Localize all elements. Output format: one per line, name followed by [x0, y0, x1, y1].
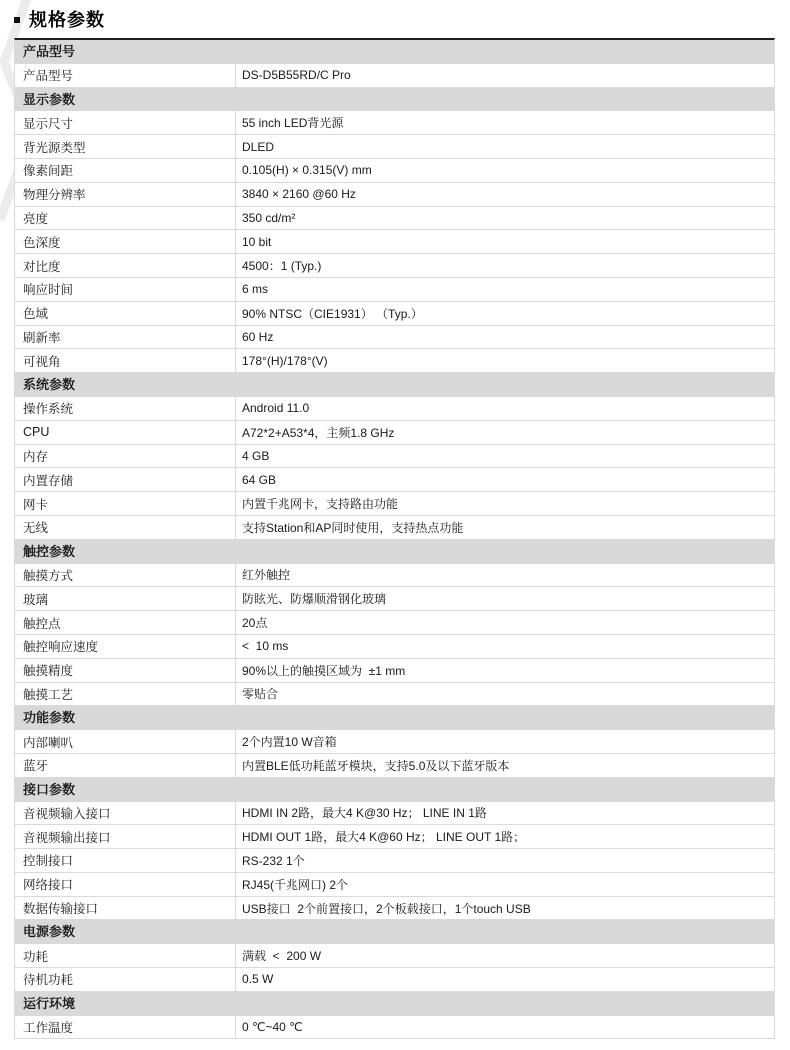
table-row: 背光源类型DLED	[15, 135, 774, 159]
row-value: 60 Hz	[236, 326, 774, 349]
row-label: 数据传输接口	[15, 897, 236, 920]
table-row: 网络接口RJ45(千兆网口) 2个	[15, 873, 774, 897]
table-row: 蓝牙内置BLE低功耗蓝牙模块，支持5.0及以下蓝牙版本	[15, 754, 774, 778]
section-header: 系统参数	[15, 373, 774, 397]
table-row: 功耗满载 < 200 W	[15, 944, 774, 968]
table-row: 触摸精度90%以上的触摸区域为 ±1 mm	[15, 659, 774, 683]
table-row: 内部喇叭2个内置10 W音箱	[15, 730, 774, 754]
row-label: CPU	[15, 421, 236, 444]
row-value: 4 GB	[236, 445, 774, 468]
row-label: 待机功耗	[15, 968, 236, 991]
page-title: 规格参数	[29, 6, 105, 32]
row-value: 350 cd/m²	[236, 207, 774, 230]
row-value: HDMI IN 2路，最大4 K@30 Hz； LINE IN 1路	[236, 802, 774, 825]
page-title-row: 规格参数	[14, 6, 105, 32]
row-value: HDMI OUT 1路，最大4 K@60 Hz； LINE OUT 1路；	[236, 825, 774, 848]
spec-table: 产品型号产品型号DS-D5B55RD/C Pro显示参数显示尺寸55 inch …	[14, 38, 775, 1039]
row-value: USB接口 2个前置接口，2个板载接口，1个touch USB	[236, 897, 774, 920]
row-label: 像素间距	[15, 159, 236, 182]
row-label: 触摸精度	[15, 659, 236, 682]
table-row: 触摸方式红外触控	[15, 564, 774, 588]
table-row: 色深度10 bit	[15, 230, 774, 254]
row-value: Android 11.0	[236, 397, 774, 420]
row-value: 满载 < 200 W	[236, 944, 774, 967]
row-label: 音视频输出接口	[15, 825, 236, 848]
row-label: 内存	[15, 445, 236, 468]
row-label: 刷新率	[15, 326, 236, 349]
row-value: 防眩光、防爆顺滑钢化玻璃	[236, 587, 774, 610]
row-label: 内部喇叭	[15, 730, 236, 753]
table-row: 可视角178°(H)/178°(V)	[15, 349, 774, 373]
row-label: 控制接口	[15, 849, 236, 872]
table-row: CPUA72*2+A53*4，主频1.8 GHz	[15, 421, 774, 445]
section-header: 产品型号	[15, 40, 774, 64]
row-value: 红外触控	[236, 564, 774, 587]
row-label: 触控响应速度	[15, 635, 236, 658]
title-bullet-icon	[14, 17, 20, 23]
table-row: 触控点20点	[15, 611, 774, 635]
section-header: 接口参数	[15, 778, 774, 802]
row-value: 3840 × 2160 @60 Hz	[236, 183, 774, 206]
row-label: 色域	[15, 302, 236, 325]
row-value: 6 ms	[236, 278, 774, 301]
table-row: 控制接口RS-232 1个	[15, 849, 774, 873]
row-value: RS-232 1个	[236, 849, 774, 872]
row-label: 色深度	[15, 230, 236, 253]
section-header: 电源参数	[15, 920, 774, 944]
row-label: 物理分辨率	[15, 183, 236, 206]
row-value: RJ45(千兆网口) 2个	[236, 873, 774, 896]
row-value: A72*2+A53*4，主频1.8 GHz	[236, 421, 774, 444]
section-header: 显示参数	[15, 88, 774, 112]
row-label: 网卡	[15, 492, 236, 515]
row-label: 玻璃	[15, 587, 236, 610]
table-row: 色域90% NTSC（CIE1931） （Typ.）	[15, 302, 774, 326]
table-row: 音视频输入接口HDMI IN 2路，最大4 K@30 Hz； LINE IN 1…	[15, 802, 774, 826]
row-value: 内置BLE低功耗蓝牙模块，支持5.0及以下蓝牙版本	[236, 754, 774, 777]
row-label: 无线	[15, 516, 236, 539]
row-value: 0 ℃~40 ℃	[236, 1016, 774, 1039]
row-value: 55 inch LED背光源	[236, 111, 774, 134]
row-value: 2个内置10 W音箱	[236, 730, 774, 753]
row-label: 蓝牙	[15, 754, 236, 777]
row-label: 网络接口	[15, 873, 236, 896]
row-value: < 10 ms	[236, 635, 774, 658]
table-row: 像素间距0.105(H) × 0.315(V) mm	[15, 159, 774, 183]
row-label: 内置存储	[15, 468, 236, 491]
table-row: 工作温度0 ℃~40 ℃	[15, 1016, 774, 1040]
table-row: 网卡内置千兆网卡，支持路由功能	[15, 492, 774, 516]
row-label: 可视角	[15, 349, 236, 372]
row-value: 0.105(H) × 0.315(V) mm	[236, 159, 774, 182]
row-label: 响应时间	[15, 278, 236, 301]
row-value: 90%以上的触摸区域为 ±1 mm	[236, 659, 774, 682]
section-header: 运行环境	[15, 992, 774, 1016]
table-row: 内置存储64 GB	[15, 468, 774, 492]
row-value: DLED	[236, 135, 774, 158]
row-label: 触控点	[15, 611, 236, 634]
row-label: 触摸工艺	[15, 683, 236, 706]
row-value: 支持Station和AP同时使用，支持热点功能	[236, 516, 774, 539]
row-label: 触摸方式	[15, 564, 236, 587]
row-value: 零贴合	[236, 683, 774, 706]
row-label: 亮度	[15, 207, 236, 230]
table-row: 数据传输接口USB接口 2个前置接口，2个板载接口，1个touch USB	[15, 897, 774, 921]
table-row: 玻璃防眩光、防爆顺滑钢化玻璃	[15, 587, 774, 611]
table-row: 显示尺寸55 inch LED背光源	[15, 111, 774, 135]
table-row: 触控响应速度< 10 ms	[15, 635, 774, 659]
row-value: 10 bit	[236, 230, 774, 253]
table-row: 产品型号DS-D5B55RD/C Pro	[15, 64, 774, 88]
row-value: 20点	[236, 611, 774, 634]
table-row: 亮度350 cd/m²	[15, 207, 774, 231]
row-value: 178°(H)/178°(V)	[236, 349, 774, 372]
table-row: 触摸工艺零贴合	[15, 683, 774, 707]
row-label: 对比度	[15, 254, 236, 277]
row-label: 功耗	[15, 944, 236, 967]
row-value: DS-D5B55RD/C Pro	[236, 64, 774, 87]
row-label: 音视频输入接口	[15, 802, 236, 825]
table-row: 响应时间6 ms	[15, 278, 774, 302]
table-row: 刷新率60 Hz	[15, 326, 774, 350]
table-row: 内存4 GB	[15, 445, 774, 469]
section-header: 触控参数	[15, 540, 774, 564]
row-value: 0.5 W	[236, 968, 774, 991]
table-row: 对比度4500：1 (Typ.)	[15, 254, 774, 278]
table-row: 操作系统Android 11.0	[15, 397, 774, 421]
row-label: 背光源类型	[15, 135, 236, 158]
section-header: 功能参数	[15, 706, 774, 730]
row-label: 显示尺寸	[15, 111, 236, 134]
row-label: 工作温度	[15, 1016, 236, 1039]
row-value: 90% NTSC（CIE1931） （Typ.）	[236, 302, 774, 325]
row-label: 操作系统	[15, 397, 236, 420]
table-row: 无线支持Station和AP同时使用，支持热点功能	[15, 516, 774, 540]
row-label: 产品型号	[15, 64, 236, 87]
row-value: 64 GB	[236, 468, 774, 491]
table-row: 音视频输出接口HDMI OUT 1路，最大4 K@60 Hz； LINE OUT…	[15, 825, 774, 849]
table-row: 待机功耗0.5 W	[15, 968, 774, 992]
row-value: 内置千兆网卡，支持路由功能	[236, 492, 774, 515]
table-row: 物理分辨率3840 × 2160 @60 Hz	[15, 183, 774, 207]
row-value: 4500：1 (Typ.)	[236, 254, 774, 277]
